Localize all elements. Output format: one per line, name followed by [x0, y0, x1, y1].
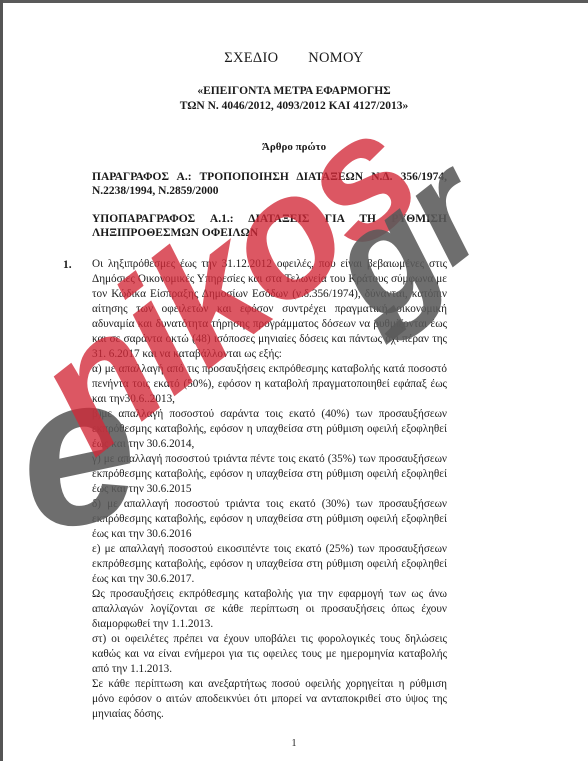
- paragraph-a-line-2: Ν.2238/1994, Ν.2859/2000: [92, 184, 447, 198]
- body-paragraph-surcharges: Ως προσαυξήσεις εκπρόθεσμης καταβολής γι…: [92, 587, 447, 632]
- item-number: 1.: [63, 259, 72, 271]
- paragraph-a-heading: ΠΑΡΑΓΡΑΦΟΣ Α.: ΤΡΟΠΟΠΟΙΗΣΗ ΔΙΑΤΑΞΕΩΝ Ν.Δ…: [92, 170, 447, 198]
- document-subtitle: «ΕΠΕΙΓΟΝΤΑ ΜΕΤΡΑ ΕΦΑΡΜΟΓΗΣ ΤΩΝ Ν. 4046/2…: [0, 84, 588, 114]
- body-paragraph-st: στ) οι οφειλέτες πρέπει να έχουν υποβάλε…: [92, 632, 447, 677]
- body-paragraph-c: γ) με απαλλαγή ποσοστού τριάντα πέντε το…: [92, 452, 447, 497]
- body-paragraph-e: ε) με απαλλαγή ποσοστού εικοσιπέντε τοις…: [92, 542, 447, 587]
- subparagraph-a1-heading: ΥΠΟΠΑΡΑΓΡΑΦΟΣ Α.1.: ΔΙΑΤΑΞΕΙΣ ΓΙΑ ΤΗ ΡΥΘ…: [92, 212, 447, 240]
- page-number: 1: [0, 738, 588, 749]
- body-paragraph-b: β)με απαλλαγή ποσοστού σαράντα τοις εκατ…: [92, 407, 447, 452]
- subtitle-line-2: ΤΩΝ Ν. 4046/2012, 4093/2012 ΚΑΙ 4127/201…: [0, 99, 588, 114]
- subparagraph-a1-line-2: ΛΗΞΙΠΡΟΘΕΣΜΩΝ ΟΦΕΙΛΩΝ: [92, 226, 447, 240]
- document-title: ΣΧΕΔΙΟ ΝΟΜΟΥ: [0, 50, 588, 67]
- subparagraph-a1-line-1: ΥΠΟΠΑΡΑΓΡΑΦΟΣ Α.1.: ΔΙΑΤΑΞΕΙΣ ΓΙΑ ΤΗ ΡΥΘ…: [92, 212, 447, 226]
- body-text: Οι ληξιπρόθεσμες έως την 31.12.2012 οφει…: [92, 257, 447, 722]
- body-paragraph-intro: Οι ληξιπρόθεσμες έως την 31.12.2012 οφει…: [92, 257, 447, 362]
- body-paragraph-a: α) με απαλλαγή από τις προσαυξήσεις εκπρ…: [92, 362, 447, 407]
- paragraph-a-line-1: ΠΑΡΑΓΡΑΦΟΣ Α.: ΤΡΟΠΟΠΟΙΗΣΗ ΔΙΑΤΑΞΕΩΝ Ν.Δ…: [92, 170, 447, 184]
- subtitle-line-1: «ΕΠΕΙΓΟΝΤΑ ΜΕΤΡΑ ΕΦΑΡΜΟΓΗΣ: [0, 84, 588, 99]
- article-heading: Άρθρο πρώτο: [0, 141, 588, 153]
- body-paragraph-final: Σε κάθε περίπτωση και ανεξαρτήτως ποσού …: [92, 677, 447, 722]
- body-paragraph-d: δ) με απαλλαγή ποσοστού τριάντα τοις εκα…: [92, 497, 447, 542]
